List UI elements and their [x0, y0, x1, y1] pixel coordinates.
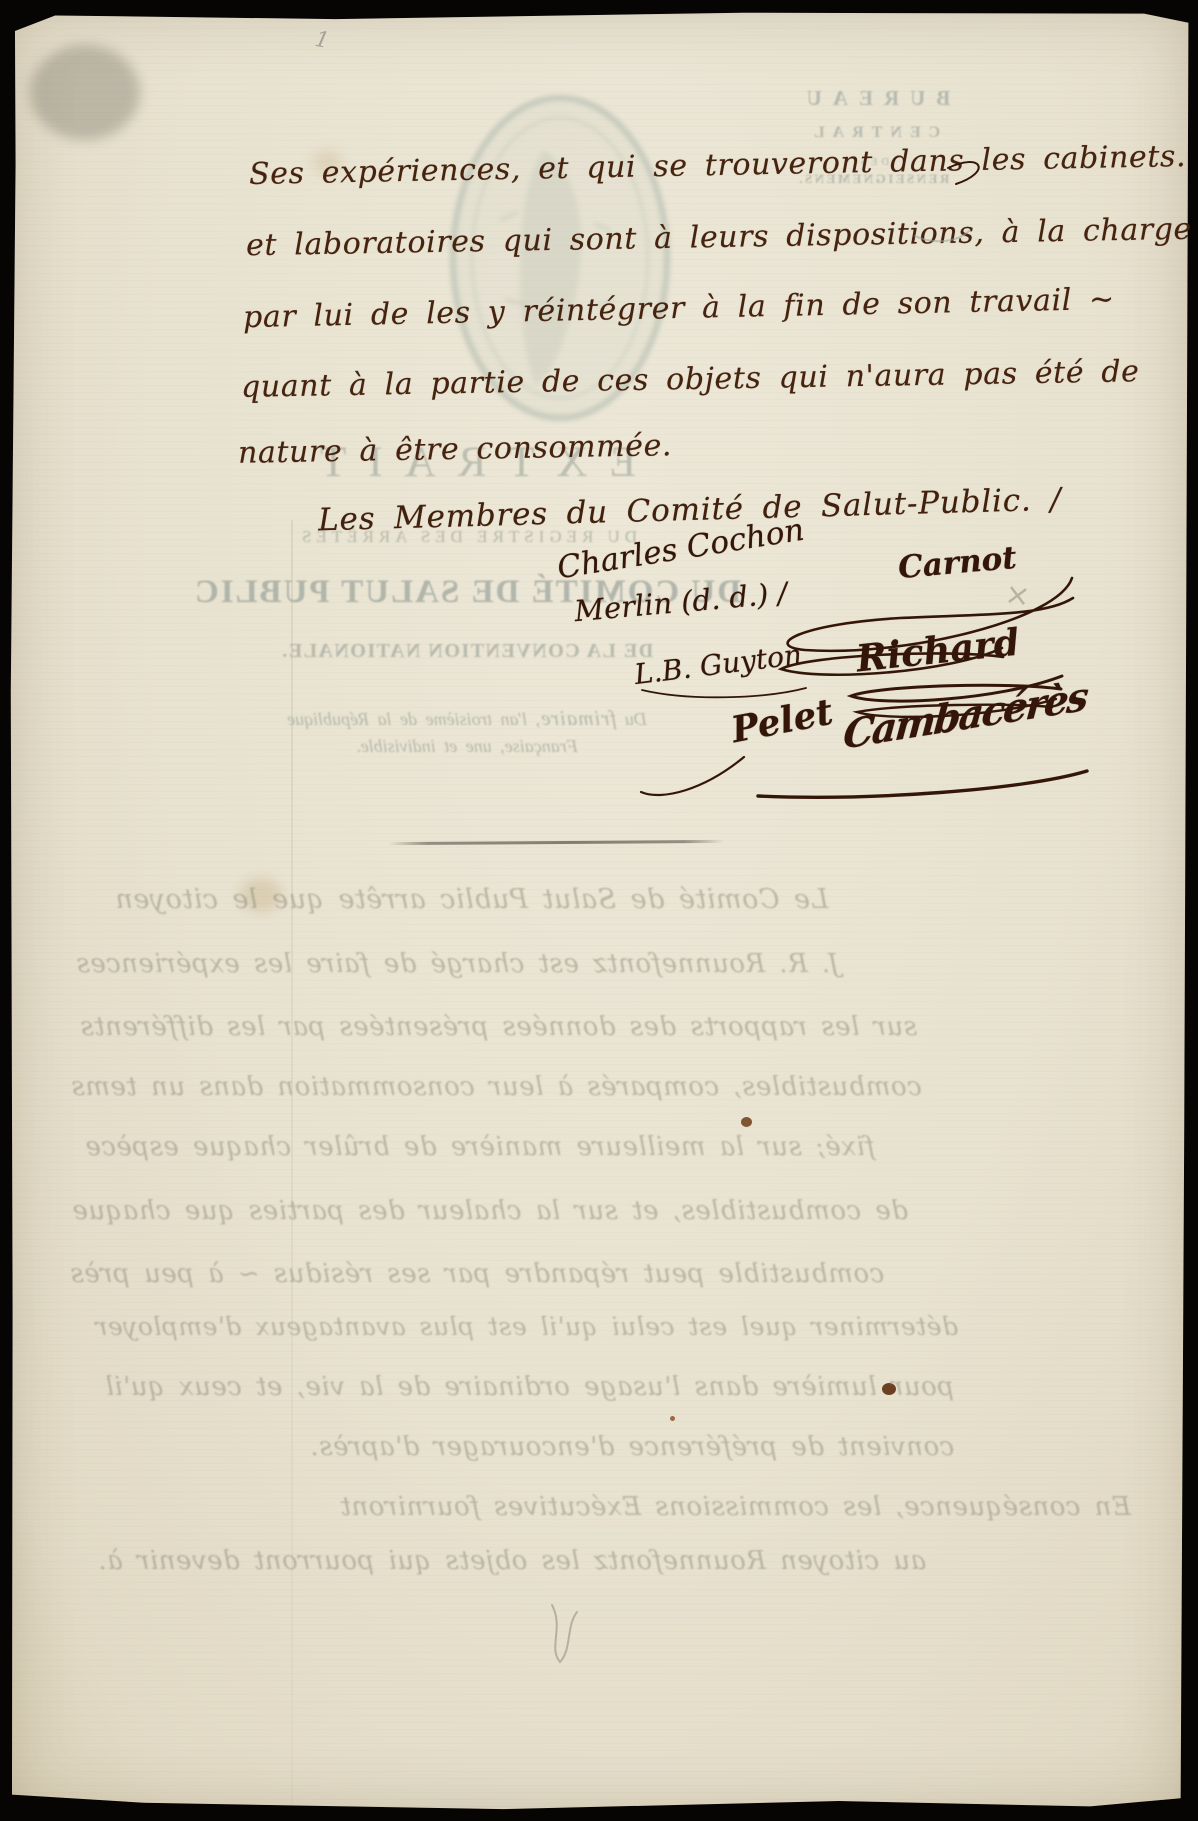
signature-flourishes	[0, 0, 1198, 1821]
scanned-document-photo: BUREAU CENTRAL DES RENSEIGNEMENS. EXTRAI…	[0, 0, 1198, 1821]
